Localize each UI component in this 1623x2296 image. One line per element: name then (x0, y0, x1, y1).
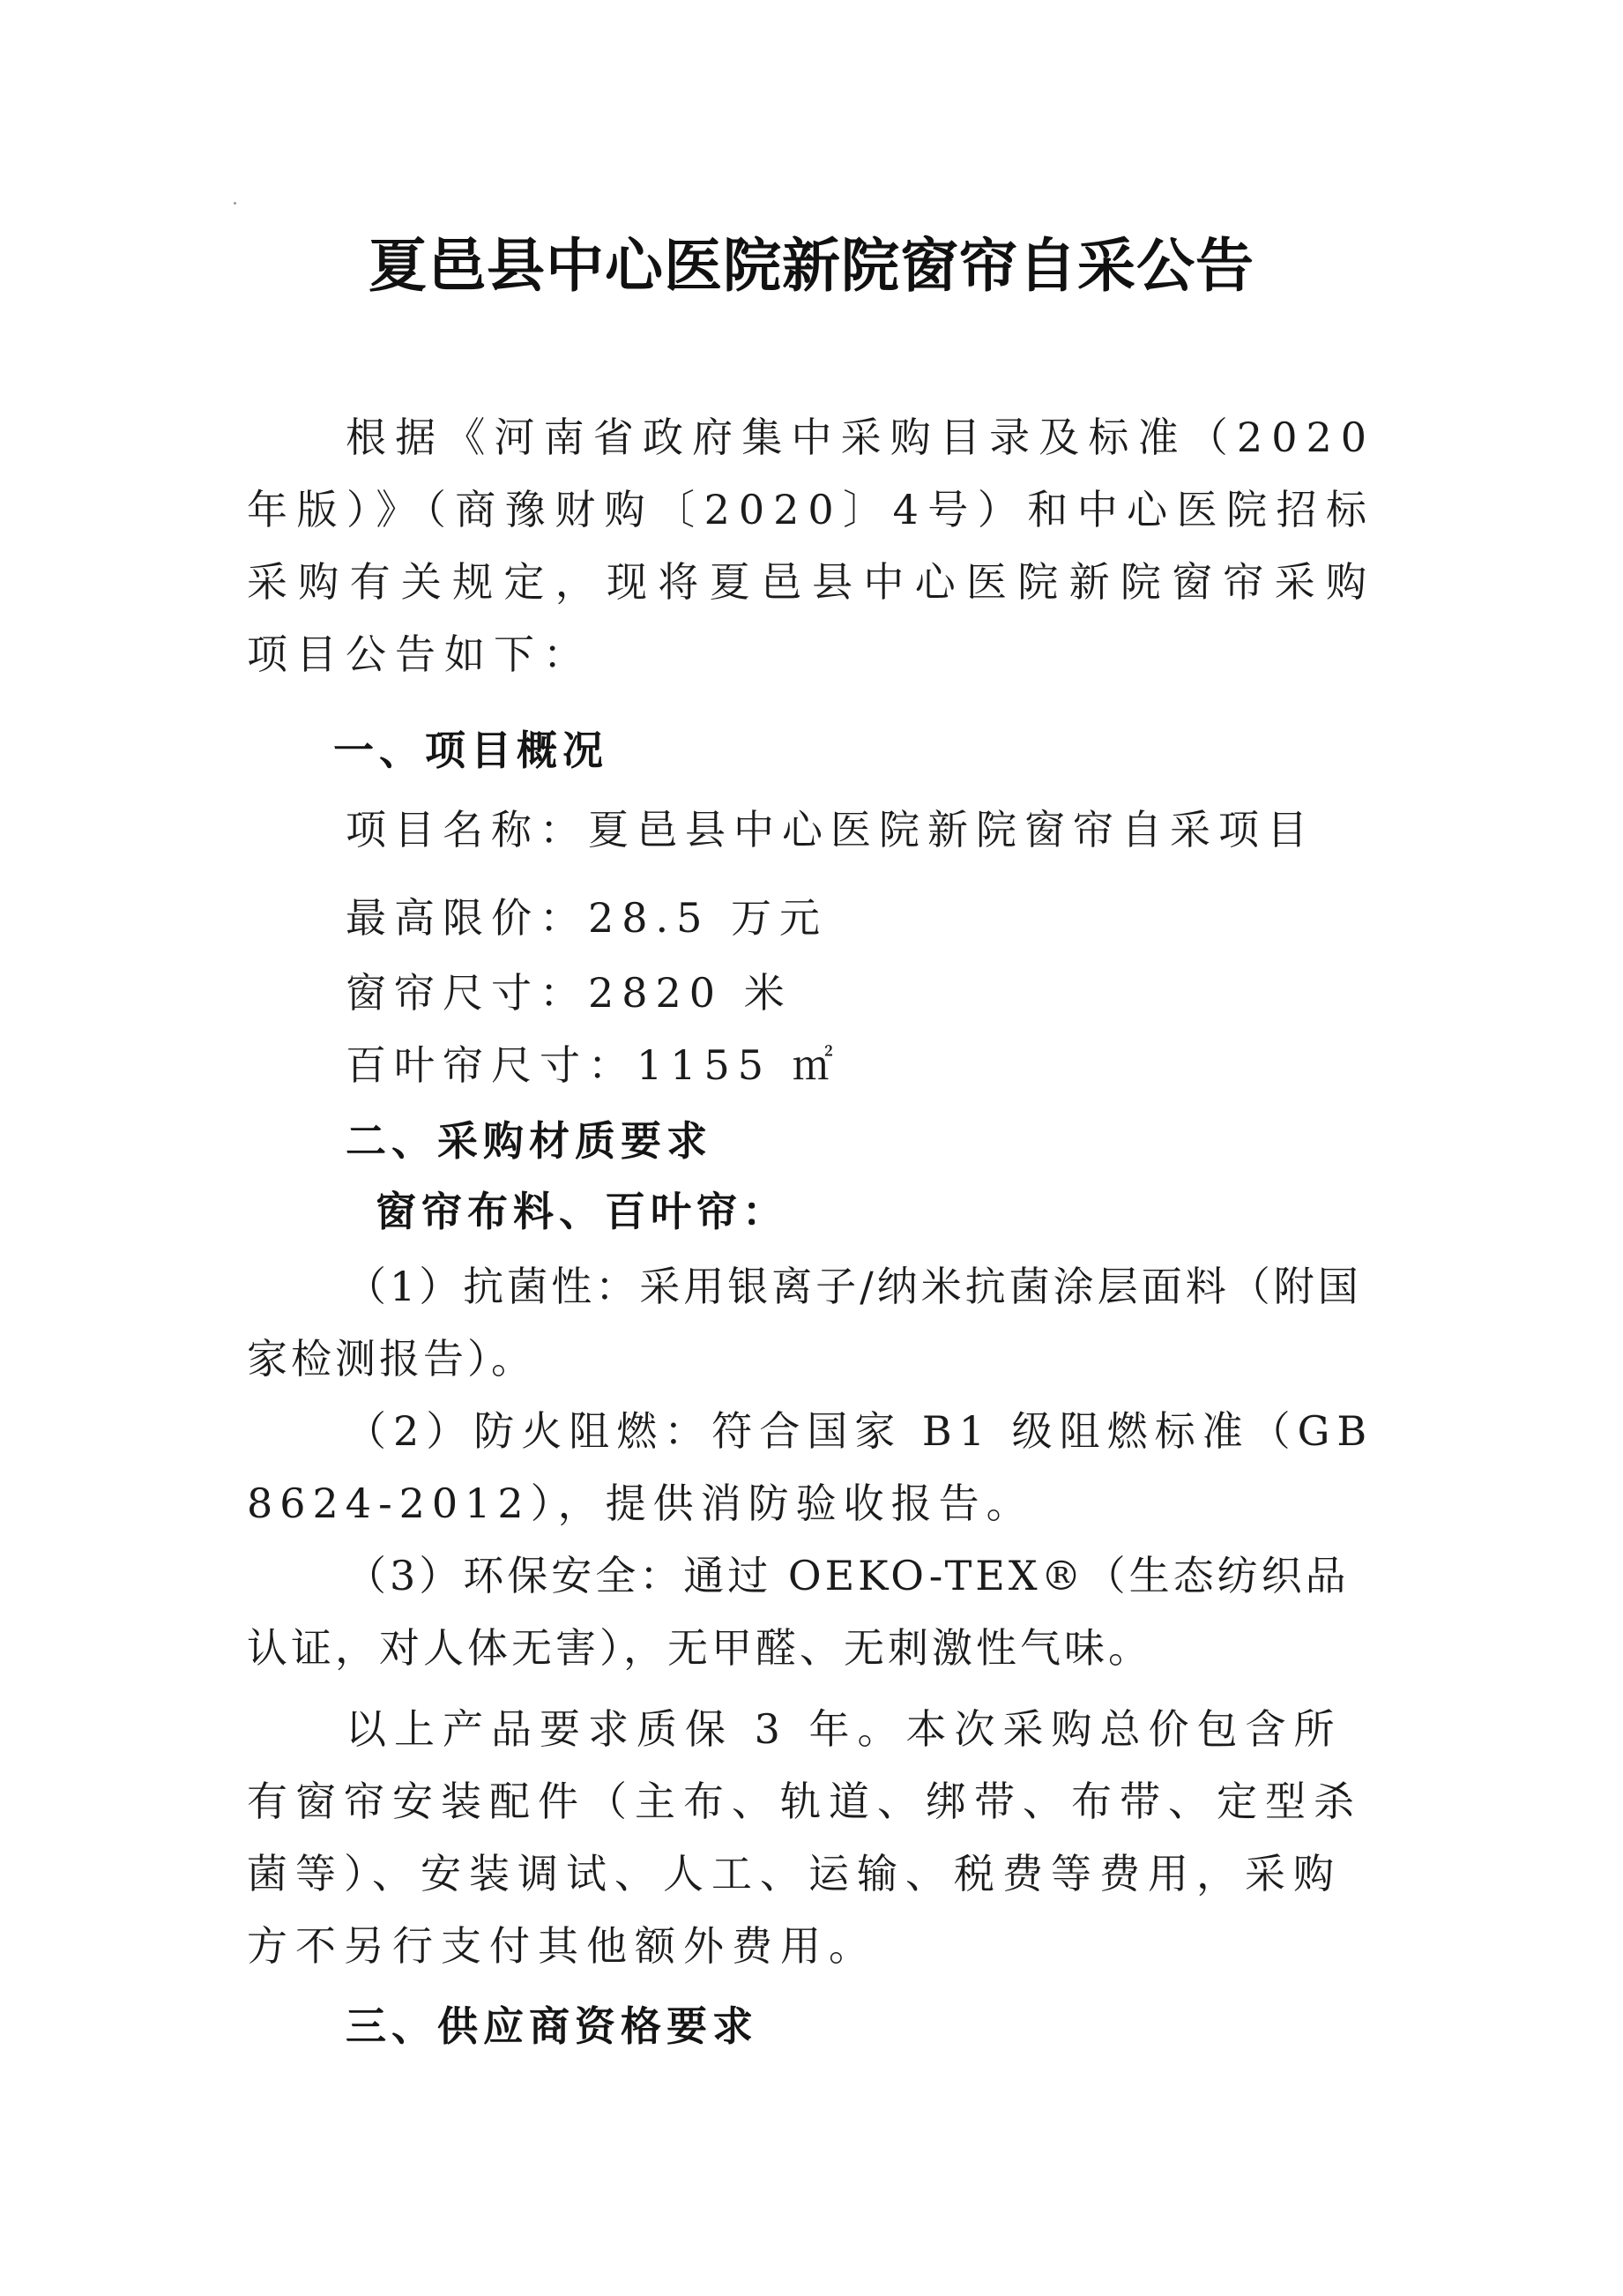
blind-size-row: 百叶帘尺寸：1155 ㎡ (346, 1033, 841, 1092)
project-name-value: 夏邑县中心医院新院窗帘自采项目 (588, 806, 1315, 854)
materials-subheading: 窗帘布料、百叶帘： (376, 1180, 788, 1238)
project-name-label: 项目名称： (346, 806, 588, 854)
blind-size-label: 百叶帘尺寸： (346, 1041, 637, 1089)
max-price-value: 28.5 万元 (588, 894, 828, 942)
requirement-fire-retardant: （2）防火阻燃：符合国家 B1 级阻燃标准（GB 8624-2012），提供消防… (247, 1395, 1375, 1539)
requirement-antibacterial: （1）抗菌性：采用银离子/纳米抗菌涂层面料（附国家检测报告）。 (247, 1250, 1375, 1395)
curtain-size-row: 窗帘尺寸：2820 米 (346, 961, 793, 1019)
section-heading-supplier-qualifications: 三、供应商资格要求 (346, 1994, 758, 2053)
intro-paragraph: 根据《河南省政府集中采购目录及标准（2020年版）》（商豫财购〔2020〕4号）… (247, 401, 1375, 690)
warranty-and-pricing-note: 以上产品要求质保 3 年。本次采购总价包含所有窗帘安装配件（主布、轨道、绑带、布… (247, 1693, 1375, 1982)
scan-speck (234, 202, 236, 205)
section-heading-overview: 一、项目概况 (333, 719, 608, 777)
document-page: 夏邑县中心医院新院窗帘自采公告 根据《河南省政府集中采购目录及标准（2020年版… (0, 0, 1623, 2296)
curtain-size-value: 2820 米 (588, 969, 793, 1017)
curtain-size-label: 窗帘尺寸： (346, 969, 588, 1017)
document-title: 夏邑县中心医院新院窗帘自采公告 (0, 219, 1623, 302)
max-price-label: 最高限价： (346, 894, 588, 942)
project-name-row: 项目名称：夏邑县中心医院新院窗帘自采项目 (346, 798, 1315, 856)
blind-size-value: 1155 ㎡ (637, 1041, 841, 1089)
section-heading-materials: 二、采购材质要求 (346, 1109, 712, 1167)
requirement-eco-safety: （3）环保安全：通过 OEKO-TEX®（生态纺织品认证，对人体无害），无甲醛、… (247, 1539, 1375, 1684)
max-price-row: 最高限价：28.5 万元 (346, 886, 828, 944)
